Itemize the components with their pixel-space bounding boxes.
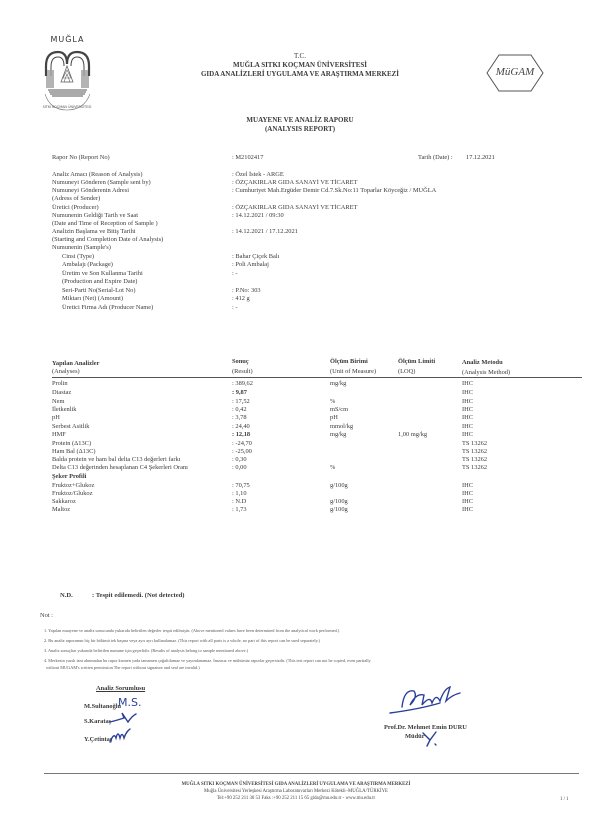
row-unit: g/100g [330, 506, 348, 514]
row-result: : 1,73 [232, 506, 247, 514]
info-label: (Starting and Completion Date of Analysi… [52, 236, 163, 244]
row-result: : 0,00 [232, 464, 247, 472]
col-unit-header: Ölçüm Birimi [330, 358, 368, 366]
info-label: Numunenin (Sample's) [52, 244, 111, 252]
info-label: Analizin Başlama ve Bitiş Tarihi [52, 228, 136, 236]
row-result: : 0,30 [232, 456, 247, 464]
info-label: (Date and Time of Reception of Sample ) [52, 220, 158, 228]
footer: MUĞLA SITKI KOÇMAN ÜNİVERSİTESİ GIDA ANA… [100, 781, 492, 802]
row-method: IHC [462, 406, 473, 414]
row-method: TS 13262 [462, 464, 487, 472]
sample-label: Üretici Firma Adı (Producer Name) [62, 304, 153, 312]
university-logo: MUĞLA SITKI KOÇMAN ÜNİVERSİTESİ [40, 36, 95, 118]
sample-label: Seri-Parti No(Serial-Lot No) [62, 287, 135, 295]
page-number: 1 / 1 [560, 796, 569, 803]
row-unit: % [330, 398, 335, 406]
report-title-en: (ANALYSIS REPORT) [150, 125, 450, 134]
row-result: : 24,40 [232, 423, 250, 431]
row-unit: mg/kg [330, 380, 346, 388]
row-analysis: Fruktoz/Glukoz [52, 490, 92, 498]
info-label: Numuneyi Gönderenin Adresi [52, 187, 129, 195]
info-label: (Adress of Sender) [52, 195, 100, 203]
footer-contact: Tel:+90 252 211 30 53 Faks :+90 252 211 … [100, 795, 492, 802]
report-title-tr: MUAYENE VE ANALİZ RAPORU [150, 116, 450, 125]
info-label: Analiz Amacı (Reason of Analysis) [52, 171, 143, 179]
row-method: TS 13262 [462, 456, 487, 464]
row-method: IHC [462, 398, 473, 406]
row-unit: % [330, 464, 335, 472]
sample-value: : 412 g [232, 295, 250, 303]
institution-header: T.C. MUĞLA SITKI KOÇMAN ÜNİVERSİTESİ GID… [150, 52, 450, 79]
sample-value: : P.No: 303 [232, 287, 261, 295]
row-unit: mg/kg [330, 431, 346, 439]
mugam-logo-text: MüGAM [485, 66, 545, 79]
row-method: IHC [462, 490, 473, 498]
report-no-value: : M2102417 [232, 154, 263, 162]
info-value: : Özel İstek - ARGE [232, 171, 284, 179]
report-no-label: Rapor No (Report No) [52, 154, 110, 162]
col-method-header-en: (Analysis Method) [462, 369, 510, 377]
row-result: : N.D [232, 498, 246, 506]
row-analysis: HMF [52, 431, 66, 439]
signer-1-initials: M.S. [118, 697, 141, 709]
signer-3-signature-icon [108, 726, 134, 744]
info-label: Numuneyi Gönderen (Sample sent by) [52, 179, 151, 187]
mugam-logo: MüGAM [485, 52, 545, 94]
sample-value: : - [232, 304, 238, 312]
report-title: MUAYENE VE ANALİZ RAPORU (ANALYSIS REPOR… [150, 116, 450, 134]
info-value: : ÖZÇAKIRLAR GIDA SANAYİ VE TİCARET [232, 204, 357, 212]
row-result: : 389,62 [232, 380, 253, 388]
svg-text:SITKI KOÇMAN ÜNİVERSİTESİ: SITKI KOÇMAN ÜNİVERSİTESİ [43, 104, 92, 109]
row-analysis: Sakkaroz [52, 498, 76, 506]
row-analysis: pH [52, 414, 60, 422]
row-result: : 0,42 [232, 406, 247, 414]
note-item: without MUGAM's written permission The r… [46, 664, 200, 671]
row-method: IHC [462, 482, 473, 490]
logo-left-text: MUĞLA [40, 36, 95, 44]
row-method: TS 13262 [462, 440, 487, 448]
info-value: : Cumhuriyet Mah.Ergüder Demir Cd.7.Sk.N… [232, 187, 436, 195]
row-analysis: Balda protein ve ham bal delta C13 değer… [52, 456, 180, 464]
row-analysis: Protein (Δ13C) [52, 440, 91, 448]
sample-label: Cinsi (Type) [62, 253, 94, 261]
row-analysis: İletkenlik [52, 406, 77, 414]
col-unit-header-en: (Unit of Measure) [330, 368, 376, 376]
col-loq-header-en: (LOQ) [398, 368, 415, 376]
note-item: 4. Merkezin yazılı izni alınmadan bu rap… [44, 657, 371, 664]
row-unit: g/100g [330, 482, 348, 490]
row-result: : -25,00 [232, 448, 252, 456]
col-result-header-en: (Result) [232, 368, 253, 376]
row-method: IHC [462, 423, 473, 431]
director-initial-icon [420, 730, 442, 748]
row-loq: 1,00 mg/kg [398, 431, 427, 439]
row-result: : -24,70 [232, 440, 252, 448]
nd-description: : Tespit edilemedi. (Not detected) [92, 592, 184, 600]
signer-2-signature-icon [108, 710, 138, 726]
row-analysis: Şeker Profili [52, 473, 86, 481]
row-analysis: Diastaz [52, 389, 71, 397]
sample-label: (Production and Expire Date) [62, 278, 137, 286]
row-unit: g/100g [330, 498, 348, 506]
row-method: IHC [462, 431, 473, 439]
sample-label: Üretim ve Son Kullanma Tarihi [62, 270, 143, 278]
row-unit: mS/cm [330, 406, 348, 414]
row-unit: pH [330, 414, 338, 422]
info-label: Numunenin Geldiği Tarih ve Saat [52, 212, 138, 220]
note-item: 3. Analiz sonuçları yukarıda belirtilen … [44, 647, 248, 654]
row-result: : 9,87 [232, 389, 247, 397]
note-item: 1. Yapılan muayene ve analiz sonucunda y… [44, 627, 339, 634]
arch-emblem-icon: SITKI KOÇMAN ÜNİVERSİTESİ [40, 44, 95, 114]
info-label: Üretici (Producer) [52, 204, 99, 212]
footer-institution: MUĞLA SITKI KOÇMAN ÜNİVERSİTESİ GIDA ANA… [100, 781, 492, 788]
note-item: 2. Bu analiz raporunun hiç bir bölümü te… [44, 637, 320, 644]
sample-label: Ambalajı (Package) [62, 261, 113, 269]
row-analysis: Serbest Asitlik [52, 423, 89, 431]
sample-value: : Poli Ambalaj [232, 261, 269, 269]
nd-abbreviation: N.D. [60, 592, 73, 600]
col-analyses-header: Yapılan Analizler [52, 360, 99, 368]
info-value: : ÖZÇAKIRLAR GIDA SANAYİ VE TİCARET [232, 179, 357, 187]
info-value: : 14.12.2021 / 17.12.2021 [232, 228, 298, 236]
sample-label: Miktarı (Net) (Amount) [62, 295, 123, 303]
row-analysis: Fruktoz+Glukoz [52, 482, 94, 490]
director-signature-icon [380, 683, 490, 723]
row-method: IHC [462, 506, 473, 514]
row-result: : 17,52 [232, 398, 250, 406]
row-analysis: Prolin [52, 380, 68, 388]
sample-value: : Bahar Çiçek Balı [232, 253, 279, 261]
info-value: : 14.12.2021 / 09:30 [232, 212, 284, 220]
row-analysis: Nem [52, 398, 64, 406]
col-analyses-header-en: (Analyses) [52, 368, 80, 376]
row-unit: mmol/kg [330, 423, 353, 431]
row-method: IHC [462, 389, 473, 397]
responsible-title: Analiz Sorumlusu [96, 685, 145, 693]
header-center: GIDA ANALİZLERİ UYGULAMA VE ARAŞTIRMA ME… [150, 70, 450, 79]
row-result: : 70,75 [232, 482, 250, 490]
footer-address: Muğla Üniversitesi Yerleşkesi Araştırma … [100, 788, 492, 795]
row-method: IHC [462, 498, 473, 506]
header-university: MUĞLA SITKI KOÇMAN ÜNİVERSİTESİ [150, 61, 450, 70]
row-method: TS 13262 [462, 448, 487, 456]
row-result: : 1,10 [232, 490, 247, 498]
row-method: IHC [462, 414, 473, 422]
table-header-divider [52, 377, 582, 378]
row-analysis: Delta C13 değerinden hesaplanan C4 Şeker… [52, 464, 188, 472]
header-tc: T.C. [150, 52, 450, 61]
row-result: : 3,78 [232, 414, 247, 422]
row-method: IHC [462, 380, 473, 388]
col-method-header: Analiz Metodu [462, 359, 503, 367]
footer-divider [44, 773, 579, 774]
row-result: : 12,18 [232, 431, 250, 439]
date-value: 17.12.2021 [466, 154, 495, 162]
date-label: Tarih (Date) : [418, 154, 453, 162]
col-result-header: Sonuç [232, 358, 249, 366]
col-loq-header: Ölçüm Limiti [398, 358, 435, 366]
row-analysis: Ham Bal (Δ13C) [52, 448, 96, 456]
row-analysis: Maltoz [52, 506, 70, 514]
notes-title: Not : [40, 612, 53, 620]
sample-value: : - [232, 270, 238, 278]
